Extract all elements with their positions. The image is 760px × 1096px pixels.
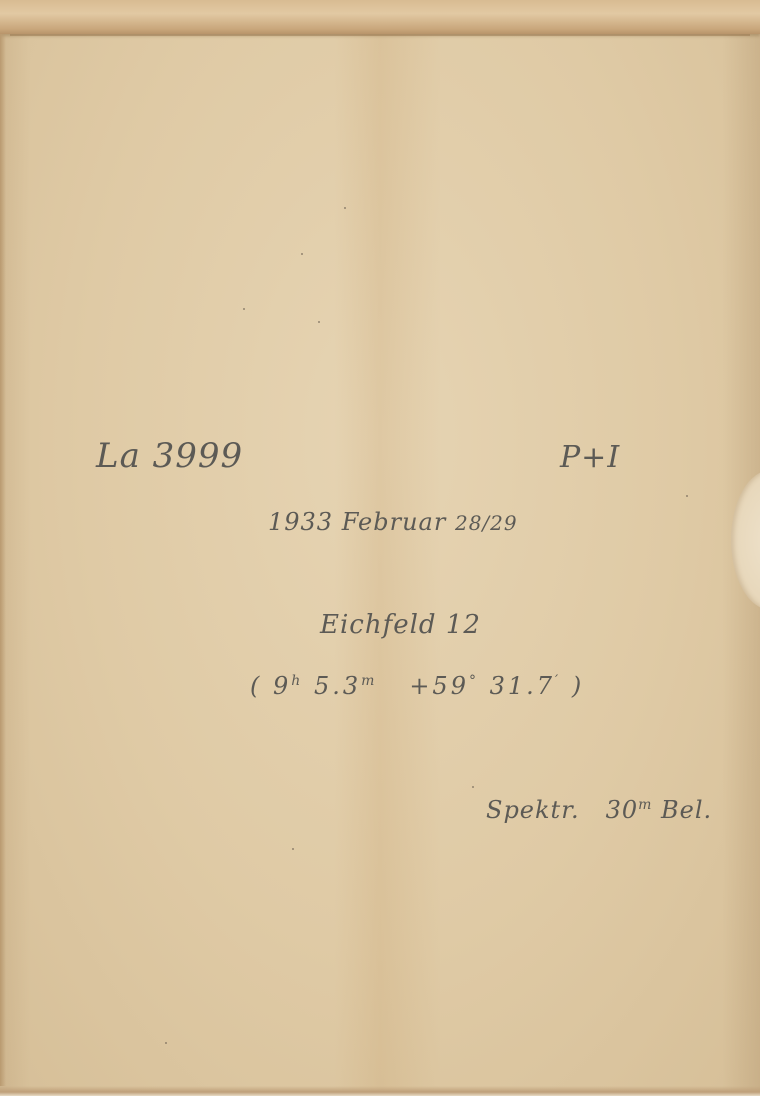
dec-degrees-unit: ° <box>469 673 479 689</box>
field-name: Eichfeld 12 <box>320 610 481 640</box>
observation-date: 1933 Februar 28/29 <box>268 508 518 536</box>
plate-envelope: La 3999 P+I 1933 Februar 28/29 Eichfeld … <box>0 0 760 1096</box>
ra-hours-unit: h <box>291 673 303 689</box>
envelope-bottom-edge <box>0 1086 760 1096</box>
fold-line <box>10 34 750 36</box>
dec-minutes: 31.7 <box>490 672 555 700</box>
paper-speck <box>472 786 474 788</box>
date-days: 28/29 <box>455 511 518 535</box>
paper-speck <box>165 1042 167 1044</box>
coordinates: ( 9h 5.3m +59° 31.7′ ) <box>250 672 584 700</box>
ra-minutes-unit: m <box>361 673 377 689</box>
envelope-top-flap <box>0 0 760 34</box>
exposure-note: Spektr. 30m Bel. <box>486 796 712 824</box>
dec-degrees: +59 <box>409 672 469 700</box>
exposure-duration: 30 <box>606 796 639 824</box>
thumb-cutout <box>731 470 760 610</box>
exposure-duration-unit: m <box>638 797 652 813</box>
exposure-label: Spektr. <box>486 796 580 824</box>
plate-type: P+I <box>560 440 620 475</box>
dec-minutes-unit: ′ <box>555 673 561 689</box>
ra-minutes: 5.3 <box>314 672 361 700</box>
exposure-note-text: Bel. <box>661 796 712 824</box>
coords-open-paren: ( <box>250 672 262 700</box>
paper-speck <box>243 308 245 310</box>
envelope-left-edge <box>0 34 6 1086</box>
date-year: 1933 <box>268 508 333 536</box>
ra-hours: 9 <box>273 672 291 700</box>
paper-speck <box>301 253 303 255</box>
paper-speck <box>292 848 294 850</box>
coords-close-paren: ) <box>572 672 584 700</box>
paper-speck <box>344 207 346 209</box>
catalog-id: La 3999 <box>96 436 243 476</box>
paper-speck <box>686 495 688 497</box>
date-month: Februar <box>342 508 447 536</box>
paper-speck <box>318 321 320 323</box>
